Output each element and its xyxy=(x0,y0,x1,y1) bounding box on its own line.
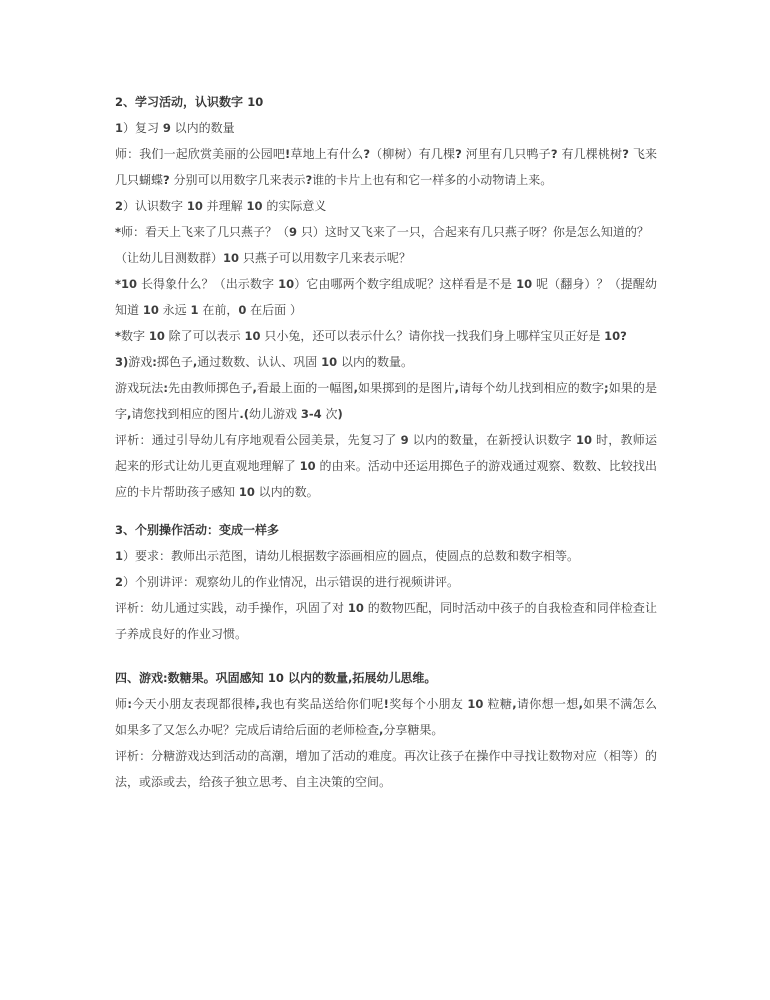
section-individual-operation: 3、个别操作活动：变成一样多 1）要求：教师出示范图，请幼儿根据数字添画相应的圆… xyxy=(115,517,657,647)
text-line: 2）认识数字 10 并理解 10 的实际意义 xyxy=(115,193,657,219)
text-line: *师：看天上飞来了几只燕子？（9 只）这时又飞来了一只，合起来有几只燕子呀？你是… xyxy=(115,219,657,245)
section-heading: 2、学习活动，认识数字 10 xyxy=(115,89,657,115)
text-line: 起来的形式让幼儿更直观地理解了 10 的由来。活动中还运用掷色子的游戏通过观察、… xyxy=(115,453,657,479)
text-line: （让幼儿目测数群）10 只燕子可以用数字几来表示呢？ xyxy=(115,245,657,271)
text-line: *数字 10 除了可以表示 10 只小兔，还可以表示什么？请你找一找我们身上哪样… xyxy=(115,323,657,349)
section-heading: 四、游戏:数糖果。巩固感知 10 以内的数量,拓展幼儿思维。 xyxy=(115,665,657,691)
text-line: 1）复习 9 以内的数量 xyxy=(115,115,657,141)
text-line: 2）个别讲评：观察幼儿的作业情况，出示错误的进行视频讲评。 xyxy=(115,569,657,595)
text-line: 法，或添或去，给孩子独立思考、自主决策的空间。 xyxy=(115,769,657,795)
section-heading: 3、个别操作活动：变成一样多 xyxy=(115,517,657,543)
text-line: 几只蝴蝶? 分别可以用数字几来表示?谁的卡片上也有和它一样多的小动物请上来。 xyxy=(115,167,657,193)
text-line: 师:今天小朋友表现都很棒,我也有奖品送给你们呢!奖每个小朋友 10 粒糖,请你想… xyxy=(115,691,657,717)
section-candy-game: 四、游戏:数糖果。巩固感知 10 以内的数量,拓展幼儿思维。 师:今天小朋友表现… xyxy=(115,665,657,795)
document-page: 2、学习活动，认识数字 10 1）复习 9 以内的数量 师：我们一起欣赏美丽的公… xyxy=(0,0,770,1000)
text-line: 1）要求：教师出示范图，请幼儿根据数字添画相应的圆点，使圆点的总数和数字相等。 xyxy=(115,543,657,569)
text-line: 游戏玩法:先由教师掷色子,看最上面的一幅图,如果掷到的是图片,请每个幼儿找到相应… xyxy=(115,375,657,401)
text-line: *10 长得象什么？（出示数字 10）它由哪两个数字组成呢？这样看是不是 10 … xyxy=(115,271,657,297)
text-line: 评析：分糖游戏达到活动的高潮，增加了活动的难度。再次让孩子在操作中寻找让数物对应… xyxy=(115,743,657,769)
text-line: 3)游戏:掷色子,通过数数、认认、巩固 10 以内的数量。 xyxy=(115,349,657,375)
text-line: 评析：通过引导幼儿有序地观看公园美景，先复习了 9 以内的数量，在新授认识数字 … xyxy=(115,427,657,453)
text-line: 评析：幼儿通过实践，动手操作，巩固了对 10 的数物匹配，同时活动中孩子的自我检… xyxy=(115,595,657,621)
text-line: 知道 10 永远 1 在前，0 在后面 ） xyxy=(115,297,657,323)
section-learning-activity: 2、学习活动，认识数字 10 1）复习 9 以内的数量 师：我们一起欣赏美丽的公… xyxy=(115,89,657,505)
text-line: 师：我们一起欣赏美丽的公园吧!草地上有什么?（柳树）有几棵? 河里有几只鸭子? … xyxy=(115,141,657,167)
document-content: 2、学习活动，认识数字 10 1）复习 9 以内的数量 师：我们一起欣赏美丽的公… xyxy=(115,89,657,795)
text-line: 字,请您找到相应的图片.(幼儿游戏 3-4 次) xyxy=(115,401,657,427)
text-line: 子养成良好的作业习惯。 xyxy=(115,621,657,647)
text-line: 如果多了又怎么办呢？完成后请给后面的老师检查,分享糖果。 xyxy=(115,717,657,743)
text-line: 应的卡片帮助孩子感知 10 以内的数。 xyxy=(115,479,657,505)
